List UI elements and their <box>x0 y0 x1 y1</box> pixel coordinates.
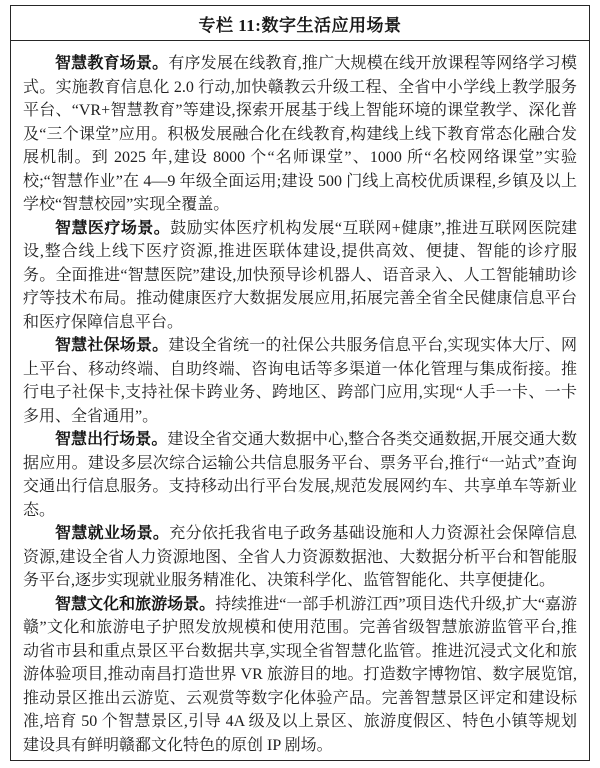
panel-title-bar: 专栏 11:数字生活应用场景 <box>11 6 589 41</box>
paragraph-smart-employment: 智慧就业场景。充分依托我省电子政务基础设施和人力资源社会保障信息资源,建设全省人… <box>23 522 577 593</box>
paragraph-smart-social-security: 智慧社保场景。建设全省统一的社保公共服务信息平台,实现实体大厅、网上平台、移动终… <box>23 334 577 428</box>
paragraph-lead: 智慧文化和旅游场景。 <box>55 596 215 613</box>
paragraph-text: 持续推进“一部手机游江西”项目迭代升级,扩大“嘉游赣”文化和旅游电子护照发放规模… <box>23 596 577 754</box>
paragraph-lead: 智慧医疗场景。 <box>55 220 170 237</box>
paragraph-smart-healthcare: 智慧医疗场景。鼓励实体医疗机构发展“互联网+健康”,推进互联网医院建设,整合线上… <box>23 217 577 335</box>
paragraph-lead: 智慧出行场景。 <box>55 431 167 448</box>
paragraph-lead: 智慧就业场景。 <box>55 525 169 542</box>
paragraph-smart-mobility: 智慧出行场景。建设全省交通大数据中心,整合各类交通数据,开展交通大数据应用。建设… <box>23 428 577 522</box>
paragraph-lead: 智慧社保场景。 <box>55 337 168 354</box>
paragraph-lead: 智慧教育场景。 <box>55 55 168 72</box>
panel-body: 智慧教育场景。有序发展在线教育,推广大规模在线开放课程等网络学习模式。实施教育信… <box>11 41 589 757</box>
paragraph-text: 有序发展在线教育,推广大规模在线开放课程等网络学习模式。实施教育信息化 2.0 … <box>23 55 577 213</box>
paragraph-smart-culture-tourism: 智慧文化和旅游场景。持续推进“一部手机游江西”项目迭代升级,扩大“嘉游赣”文化和… <box>23 593 577 758</box>
paragraph-smart-education: 智慧教育场景。有序发展在线教育,推广大规模在线开放课程等网络学习模式。实施教育信… <box>23 52 577 217</box>
document-page: 专栏 11:数字生活应用场景 智慧教育场景。有序发展在线教育,推广大规模在线开放… <box>0 0 600 768</box>
column-panel: 专栏 11:数字生活应用场景 智慧教育场景。有序发展在线教育,推广大规模在线开放… <box>10 5 590 761</box>
panel-title: 专栏 11:数字生活应用场景 <box>199 11 402 36</box>
